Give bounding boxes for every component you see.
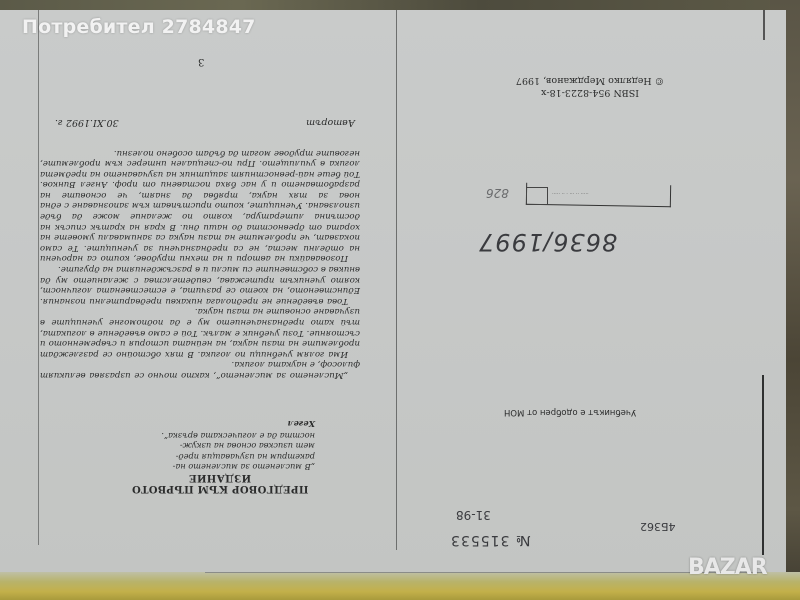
- epigraph-line: „В мисленето за мисленето на-: [150, 462, 315, 472]
- handwritten-registration-number: № 315533: [450, 532, 530, 548]
- handwritten-mark: 826: [486, 186, 509, 200]
- isbn: ISBN 954-8223-18-x: [495, 86, 685, 98]
- handwritten-shelf-code: 4Б362: [640, 520, 676, 533]
- bazar-logo: BAZAR: [688, 555, 767, 580]
- library-stamp-text: ····· ·· ··· · ·· ·····: [552, 190, 589, 196]
- page-fold-line: [396, 10, 397, 550]
- page-number: 3: [198, 56, 204, 67]
- epigraph-author: Хегел: [150, 419, 315, 429]
- background-yellow-cover: [0, 572, 800, 600]
- epigraph-line: ността да е логическата връзка“.: [150, 431, 315, 441]
- preface-paragraph: Има голям учебници по логика. В тях обст…: [40, 306, 360, 359]
- preface-paragraph: „Мисленето за мисленето“, както точно се…: [40, 359, 360, 380]
- preface-signature: Авторът: [306, 112, 355, 128]
- handwritten-registration-date: 31-98: [456, 508, 491, 522]
- preface-paragraph: Позовавайки на автори и на техни трудове…: [40, 147, 360, 264]
- handwritten-inventory-number: 8636/1997: [478, 228, 617, 256]
- right-page-edge-top: [763, 10, 765, 40]
- epigraph-line: ракетрим на изучаващия пред-: [150, 451, 315, 461]
- preface-paragraph: Това въведение не предполага никакви пре…: [40, 263, 360, 305]
- right-page-edge-bottom: [762, 375, 764, 555]
- approval-note: Учебникът е одобрен от МОН: [495, 407, 645, 417]
- user-watermark: Потребител 2784847: [22, 16, 256, 38]
- preface-signature-row: Авторът 30.XI.1992 г.: [55, 112, 355, 128]
- preface-title: ПРЕДГОВОР КЪМ ПЪРВОТО ИЗДАНИЕ: [105, 472, 335, 494]
- preface-date: 30.XI.1992 г.: [55, 112, 119, 128]
- library-stamp-cell: [526, 187, 548, 205]
- preface-body: „Мисленето за мисленето“, както точно се…: [40, 130, 360, 380]
- copyright-notice: © Недялко Мерджанов, 1997: [495, 74, 685, 86]
- left-page-edge: [38, 10, 39, 545]
- epigraph: „В мисленето за мисленето на- ракетрим н…: [150, 382, 315, 472]
- sheet-bottom-edge: [205, 572, 765, 573]
- copyright-block: ISBN 954-8223-18-x © Недялко Мерджанов, …: [495, 74, 685, 98]
- epigraph-line: мет изисква основа на изкуж-: [150, 441, 315, 451]
